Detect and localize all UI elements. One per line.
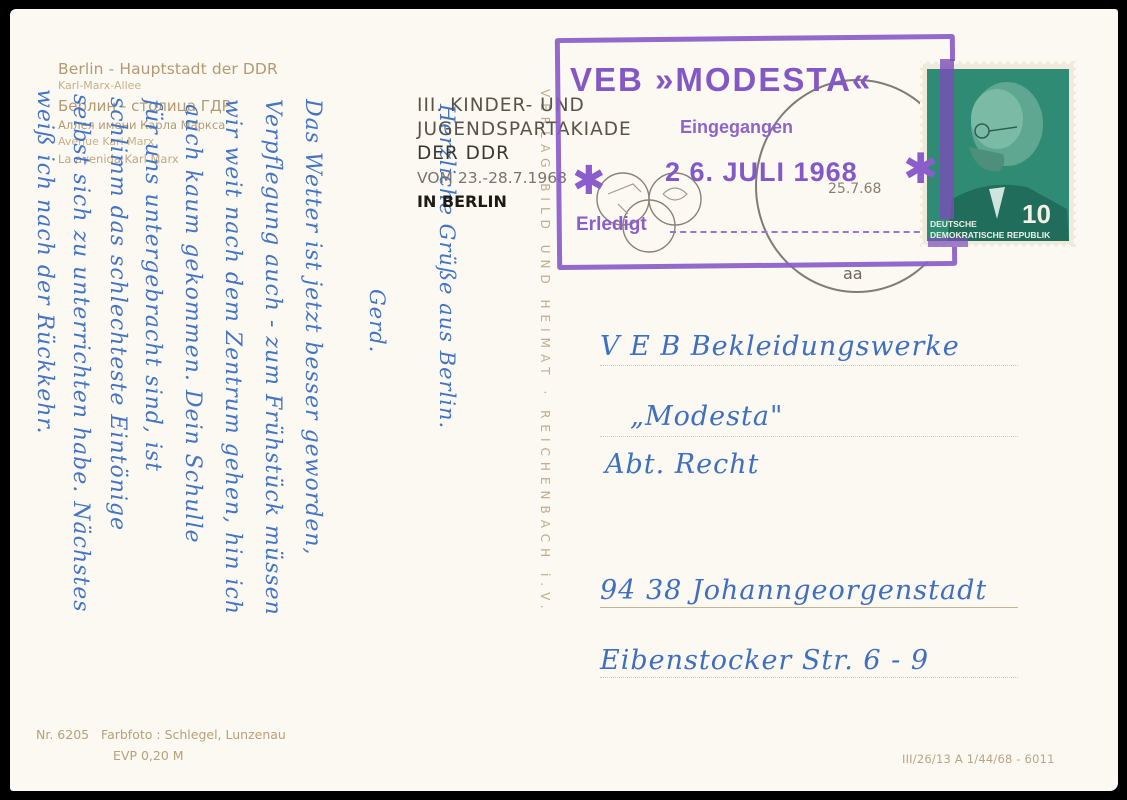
address-line-rule — [600, 677, 1018, 678]
caption-street-de: Karl-Marx-Allee — [58, 79, 278, 93]
asterisk-icon: ✱ — [903, 149, 938, 189]
cancel-bar — [940, 59, 954, 219]
address-line-3: Abt. Recht — [605, 449, 759, 480]
card-number: Nr. 6205 — [36, 727, 89, 742]
message-column: wir weit nach dem Zentrum gehen, hin ich — [220, 99, 245, 615]
receipt-stamp-date: 2 6. JULI 1968 — [665, 157, 858, 188]
receipt-stamp-company: VEB »MODESTA« — [570, 61, 872, 99]
caption-title-de: Berlin - Hauptstadt der DDR — [58, 59, 278, 79]
stamp-country-line-2: DEMOKRATISCHE REPUBLIK — [930, 230, 1050, 241]
price-label: EVP 0,20 M — [113, 748, 286, 763]
message-column: Gerd. — [365, 289, 389, 353]
address-line-rule — [600, 365, 1018, 366]
receipt-stamp-signature-line — [670, 231, 930, 233]
message-column: Das Wetter ist jetzt besser geworden, — [300, 99, 325, 556]
address-line-rule — [600, 607, 1018, 608]
asterisk-icon: ✱ — [572, 161, 606, 201]
message-column: weiß ich nach der Rückkehr. — [32, 89, 57, 434]
message-column: schlimm das schlechteste Eintönige — [105, 97, 130, 531]
message-column: selbst sich zu unterrichten habe. Nächst… — [68, 94, 93, 613]
stamp-country: DEUTSCHE DEMOKRATISCHE REPUBLIK — [930, 219, 1050, 241]
message-column: Verpflegung auch - zum Frühstück müssen — [260, 99, 285, 616]
stamp-country-line-1: DEUTSCHE — [930, 219, 1050, 230]
photo-credit: Farbfoto : Schlegel, Lunzenau — [101, 727, 286, 742]
postcard: Berlin - Hauptstadt der DDR Karl-Marx-Al… — [10, 9, 1118, 791]
message-column: auch kaum gekommen. Dein Schulle — [180, 104, 205, 544]
address-line-1: V E B Bekleidungswerke — [600, 331, 960, 362]
address-line-rule — [600, 436, 1018, 437]
address-line-2: „Modesta" — [630, 401, 783, 432]
address-line-4: 94 38 Johanngeorgenstadt — [600, 575, 987, 606]
receipt-stamp-received: Eingegangen — [680, 117, 793, 138]
publisher-info: Nr. 6205 Farbfoto : Schlegel, Lunzenau E… — [36, 727, 286, 763]
receipt-stamp-done: Erledigt — [576, 214, 647, 236]
message-column: für uns untergebracht sind, ist — [140, 99, 165, 472]
print-code: III/26/13 A 1/44/68 - 6011 — [902, 752, 1055, 766]
address-line-5: Eibenstocker Str. 6 - 9 — [600, 645, 929, 676]
